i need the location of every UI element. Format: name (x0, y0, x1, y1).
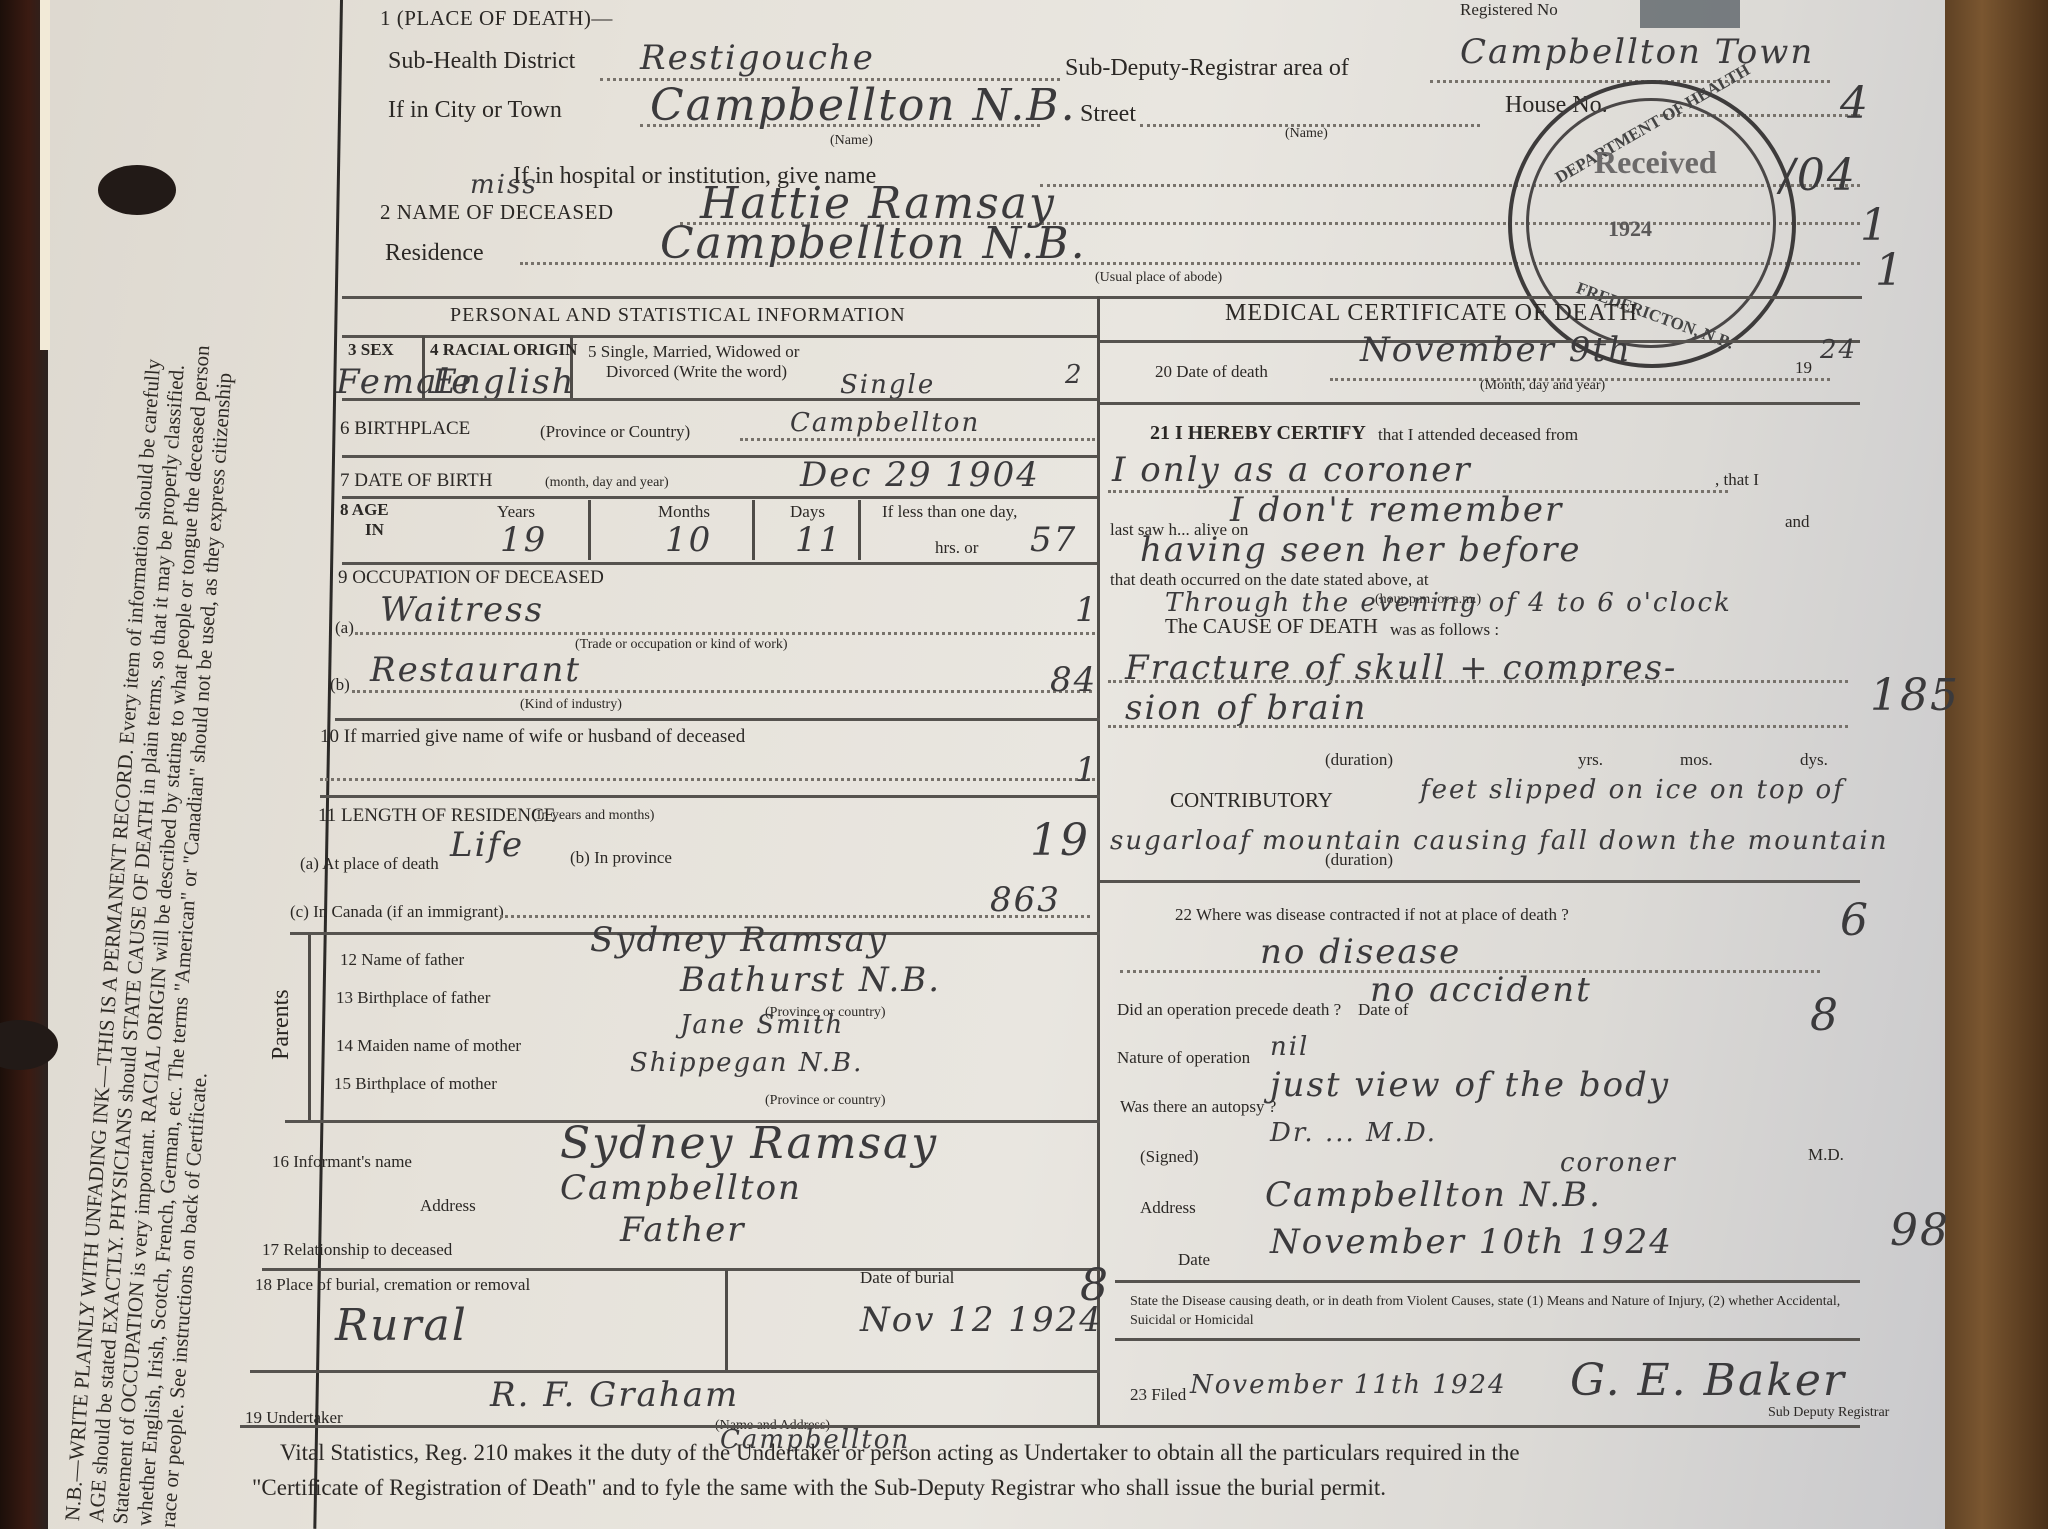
last-saw-value[interactable]: I don't remember (1230, 490, 1563, 530)
row-line (342, 398, 1097, 401)
disease-where-value[interactable]: no disease (1260, 932, 1461, 972)
column-divider (1097, 296, 1100, 1426)
yrs-label: yrs. (1578, 750, 1603, 770)
dotted-line (1108, 680, 1848, 683)
racial-origin-value[interactable]: English (432, 362, 576, 402)
date-caption: (Month, day and year) (1480, 378, 1605, 394)
registrar-caption: Sub Deputy Registrar (1768, 1405, 1889, 1421)
row-line (1115, 1338, 1860, 1341)
dotted-line (740, 438, 1095, 441)
operation-code: 8 (1810, 990, 1840, 1041)
residence-length-label: 11 LENGTH OF RESIDENCE (318, 805, 555, 827)
spouse-label: 10 If married give name of wife or husba… (320, 726, 745, 748)
paper-edge (40, 0, 50, 350)
certify-label: 21 I HEREBY CERTIFY (1150, 422, 1366, 445)
footer-line-2: "Certificate of Registration of Death" a… (252, 1475, 1386, 1501)
cell-divider (858, 500, 861, 560)
md-label: M.D. (1808, 1145, 1844, 1165)
dotted-line (352, 690, 1092, 693)
spouse-code: 1 (1075, 750, 1099, 790)
burial-place-value[interactable]: Rural (335, 1300, 468, 1351)
residence-caption: (Usual place of abode) (1095, 270, 1222, 286)
medical-address-value[interactable]: Campbellton N.B. (1265, 1175, 1602, 1215)
residence-length-sub: (In years and months) (532, 808, 654, 824)
operation-label: Did an operation precede death ? (1117, 1000, 1341, 1020)
autopsy-label: Was there an autopsy ? (1120, 1097, 1276, 1117)
days-label: Days (790, 502, 825, 522)
contributory-line-2[interactable]: sugarloaf mountain causing fall down the… (1110, 826, 1888, 856)
occ-b-label: (b) (330, 675, 350, 695)
age-label-in: IN (365, 520, 384, 540)
nature-of-operation-value[interactable]: nil (1270, 1032, 1309, 1062)
years-label: Years (497, 502, 535, 522)
row-line (1100, 402, 1860, 405)
industry-value[interactable]: Restaurant (370, 650, 581, 690)
in-canada-label: (c) In Canada (if an immigrant) (290, 902, 504, 922)
mother-birthplace-value[interactable]: Shippegan N.B. (630, 1048, 863, 1078)
duration-caption: (duration) (1325, 750, 1393, 770)
days-value[interactable]: 11 (795, 520, 842, 560)
certify-line-1[interactable]: I only as a coroner (1112, 450, 1472, 490)
occ-b-code: 84 (1050, 660, 1097, 700)
sub-deputy-area-value[interactable]: Campbellton Town (1460, 32, 1814, 72)
contributory-line-1[interactable]: feet slipped on ice on top of (1420, 775, 1845, 805)
cause-code: 185 (1870, 670, 1960, 721)
less-than-day-label: If less than one day, (882, 502, 1017, 522)
occ-a-code: 1 (1075, 590, 1099, 630)
informant-label: 16 Informant's name (272, 1152, 412, 1172)
disease-code: 6 (1840, 895, 1870, 946)
cause-line-2[interactable]: sion of brain (1125, 688, 1367, 728)
marital-code: 2 (1065, 360, 1084, 390)
undertaker-value[interactable]: R. F. Graham (490, 1375, 739, 1415)
relationship-label: 17 Relationship to deceased (262, 1240, 452, 1260)
date-of-death-label: 20 Date of death (1155, 362, 1268, 382)
signed-label: (Signed) (1140, 1147, 1199, 1167)
parents-divider (308, 935, 311, 1120)
instruction-text: State the Disease causing death, or in d… (1130, 1292, 1870, 1330)
street-caption: (Name) (1285, 126, 1328, 142)
city-value[interactable]: Campbellton N.B. (650, 80, 1077, 131)
signed-date-label: Date (1178, 1250, 1210, 1270)
row-line (320, 795, 1100, 798)
age-code: 57 (1030, 520, 1077, 560)
cause-sub: was as follows : (1390, 620, 1499, 640)
row-line (1115, 1280, 1860, 1283)
at-place-value[interactable]: Life (450, 825, 524, 865)
dotted-line (320, 778, 1095, 781)
personal-section-title: PERSONAL AND STATISTICAL INFORMATION (450, 304, 906, 327)
occupation-label: 9 OCCUPATION OF DECEASED (338, 567, 604, 589)
margin-code: 4 (1840, 78, 1870, 129)
margin-code: 1 (1860, 200, 1890, 251)
deceased-name-label: 2 NAME OF DECEASED (380, 200, 614, 225)
stamp-received: Received (1594, 144, 1717, 181)
row-line (342, 562, 1097, 565)
registered-no-label: Registered No (1460, 0, 1558, 20)
dob-sub: (month, day and year) (545, 475, 669, 491)
street-label: Street (1080, 101, 1136, 128)
deceased-name-prefix: miss (470, 170, 538, 200)
row-line (262, 1268, 1102, 1271)
mother-birthplace-caption: (Province or country) (765, 1093, 886, 1109)
medical-section-title: MEDICAL CERTIFICATE OF DEATH (1225, 300, 1638, 327)
months-label: Months (658, 502, 710, 522)
father-name-value[interactable]: Sydney Ramsay (590, 920, 888, 960)
in-province-label: (b) In province (570, 848, 672, 868)
last-saw-and: and (1785, 512, 1810, 532)
filed-value[interactable]: November 11th 1924 (1190, 1370, 1507, 1400)
mos-label: mos. (1680, 750, 1713, 770)
dys-label: dys. (1800, 750, 1828, 770)
father-birthplace-label: 13 Birthplace of father (336, 988, 490, 1008)
mother-name-value[interactable]: Jane Smith (680, 1010, 844, 1040)
disease-where-label: 22 Where was disease contracted if not a… (1175, 905, 1569, 925)
cell-divider (588, 500, 591, 560)
residence-label: Residence (385, 240, 484, 267)
medical-address-label: Address (1140, 1198, 1196, 1218)
birthplace-sub: (Province or Country) (540, 422, 690, 442)
row-line (342, 335, 1097, 338)
row-line (335, 718, 1100, 721)
date-of-label: Date of (1358, 1000, 1409, 1020)
informant-address-label: Address (420, 1196, 476, 1216)
duration-caption-2: (duration) (1325, 850, 1393, 870)
occ-a-caption: (Trade or occupation or kind of work) (575, 637, 788, 653)
age-label: 8 AGE (340, 500, 389, 520)
sub-deputy-area-label: Sub-Deputy-Registrar area of (1065, 55, 1349, 82)
marital-label-sub: Divorced (Write the word) (606, 362, 787, 382)
burial-date-value[interactable]: Nov 12 1924 (860, 1300, 1103, 1340)
certify-that: , that I (1715, 470, 1759, 490)
autopsy-value[interactable]: just view of the body (1270, 1065, 1670, 1105)
date-year-value[interactable]: 24 (1820, 335, 1857, 365)
years-value[interactable]: 19 (500, 520, 547, 560)
wooden-table-background (1938, 0, 2048, 1529)
occ-b-caption: (Kind of industry) (520, 697, 622, 713)
signed-date-value[interactable]: November 10th 1924 (1270, 1222, 1673, 1262)
birthplace-value[interactable]: Campbellton (790, 408, 980, 438)
dotted-line (355, 632, 1095, 635)
margin-code: 1 (1875, 245, 1905, 296)
occupation-value[interactable]: Waitress (380, 590, 544, 630)
racial-origin-label: 4 RACIAL ORIGIN (430, 340, 577, 360)
birthplace-label: 6 BIRTHPLACE (340, 418, 470, 440)
mother-birthplace-label: 15 Birthplace of mother (334, 1074, 497, 1094)
burial-code: 8 (1080, 1260, 1110, 1311)
relationship-value[interactable]: Father (620, 1210, 746, 1250)
section-divider (342, 296, 1862, 299)
nature-of-operation-label: Nature of operation (1117, 1048, 1250, 1068)
registrar-signature[interactable]: G. E. Baker (1570, 1355, 1846, 1406)
parents-label: Parents (268, 989, 295, 1060)
informant-value[interactable]: Sydney Ramsay (560, 1118, 938, 1169)
cell-divider (725, 1270, 728, 1370)
residence-value[interactable]: Campbellton N.B. (660, 218, 1087, 269)
row-line (240, 1425, 1860, 1428)
contributory-label: CONTRIBUTORY (1170, 788, 1333, 813)
signed-value[interactable]: Dr. ... M.D. (1270, 1118, 1437, 1148)
death-occurred-label: that death occurred on the date stated a… (1110, 570, 1429, 590)
date-code: 98 (1890, 1205, 1950, 1256)
coroner-text: coroner (1560, 1148, 1677, 1178)
marital-label: 5 Single, Married, Widowed or (588, 342, 799, 362)
in-canada-code: 863 (990, 880, 1061, 920)
footer-line-1: Vital Statistics, Reg. 210 makes it the … (280, 1440, 1520, 1466)
mother-name-label: 14 Maiden name of mother (336, 1036, 521, 1056)
burial-date-label: Date of burial (860, 1268, 954, 1288)
dob-value[interactable]: Dec 29 1904 (800, 455, 1040, 495)
marital-value[interactable]: Single (840, 370, 935, 400)
row-line (250, 1370, 1100, 1373)
sub-health-district-value[interactable]: Restigouche (640, 38, 875, 78)
redacted-number (1640, 0, 1740, 28)
hrs-label: hrs. or (935, 538, 978, 558)
name-caption: (Name) (830, 133, 873, 149)
certify-text: that I attended deceased from (1378, 425, 1578, 445)
dotted-line (1108, 725, 1848, 728)
months-value[interactable]: 10 (665, 520, 712, 560)
sub-health-district-label: Sub-Health District (388, 48, 575, 75)
date-of-death-value[interactable]: November 9th (1360, 330, 1632, 370)
at-place-label: (a) At place of death (300, 854, 439, 874)
filed-label: 23 Filed (1130, 1385, 1186, 1405)
city-label: If in City or Town (388, 97, 562, 124)
cause-of-death-label: The CAUSE OF DEATH (1165, 614, 1378, 639)
having-seen-value[interactable]: having seen her before (1140, 530, 1582, 570)
dob-label: 7 DATE OF BIRTH (340, 470, 492, 492)
sex-label: 3 SEX (348, 340, 394, 360)
place-of-death-label: 1 (PLACE OF DEATH)— (380, 6, 613, 31)
stamp-date: 1924 (1608, 216, 1652, 242)
informant-address-value[interactable]: Campbellton (560, 1168, 802, 1208)
in-province-value[interactable]: 19 (1030, 815, 1090, 866)
burial-place-label: 18 Place of burial, cremation or removal (255, 1275, 530, 1295)
row-line (1100, 880, 1860, 883)
date-year-prefix: 19 (1795, 358, 1812, 378)
father-name-label: 12 Name of father (340, 950, 464, 970)
occ-a-label: (a) (335, 618, 354, 638)
row-line (342, 496, 1097, 499)
cell-divider (752, 500, 755, 560)
father-birthplace-value[interactable]: Bathurst N.B. (680, 960, 941, 1000)
